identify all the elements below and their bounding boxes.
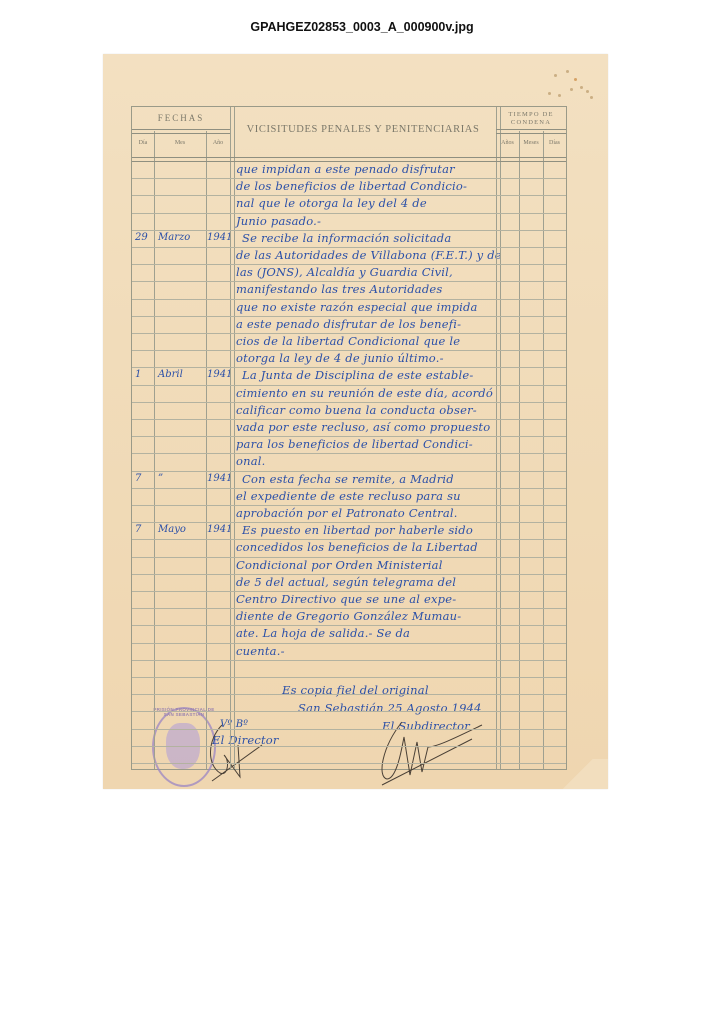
column-rule	[230, 107, 235, 769]
document-sheet: FECHAS Día Mes Año VICISITUDES PENALES Y…	[103, 54, 608, 789]
entry-text-line: Es puesto en libertad por haberle sido	[242, 523, 473, 537]
entry-text-line: las (JONS), Alcaldía y Guardia Civil,	[236, 265, 453, 279]
entry-text-line: onal.	[236, 454, 266, 468]
col-dias-header: Días	[543, 140, 566, 146]
entry-text-line: de 5 del actual, según telegrama del	[236, 575, 456, 589]
entry-month: Abril	[158, 369, 183, 380]
entry-text-line: concedidos los beneficios de la Libertad	[236, 540, 478, 554]
entry-text-line: aprobación por el Patronato Central.	[236, 506, 458, 520]
director-signature-icon	[202, 715, 292, 785]
row-rule	[132, 677, 566, 678]
fechas-header-rule	[132, 129, 230, 134]
entry-year: 1941	[207, 232, 232, 243]
tiempo-condena-header: TIEMPO DE CONDENA	[496, 111, 566, 127]
entry-text-line: que impidan a este penado disfrutar	[236, 162, 455, 176]
file-title: GPAHGEZ02853_0003_A_000900v.jpg	[0, 20, 724, 34]
entry-text-line: ate. La hoja de salida.- Se da	[236, 626, 410, 640]
row-rule	[132, 213, 566, 214]
entry-text-line: manifestando las tres Autoridades	[236, 282, 443, 296]
entry-text-line: para los beneficios de libertad Condici-	[236, 437, 473, 451]
entry-text-line: La Junta de Disciplina de este estable-	[242, 368, 473, 382]
row-rule	[132, 264, 566, 265]
row-rule	[132, 729, 566, 730]
column-rule	[519, 131, 520, 769]
row-rule	[132, 281, 566, 282]
row-rule	[132, 694, 566, 695]
entry-text-line: cimiento en su reunión de este día, acor…	[236, 386, 493, 400]
row-rule	[132, 230, 566, 231]
entry-text-line: Junio pasado.-	[236, 214, 321, 228]
row-rule	[132, 419, 566, 420]
entry-text-line: el expediente de este recluso para su	[236, 489, 461, 503]
row-rule	[132, 746, 566, 747]
row-rule	[132, 608, 566, 609]
row-rule	[132, 367, 566, 368]
entry-month: Mayo	[158, 524, 186, 535]
entry-text-line: cuenta.-	[236, 644, 285, 658]
vicisitudes-header: VICISITUDES PENALES Y PENITENCIARIAS	[232, 124, 494, 135]
entry-year: 1941	[207, 369, 232, 380]
column-rule	[496, 107, 501, 769]
entry-day: 1	[135, 369, 141, 380]
row-rule	[132, 539, 566, 540]
row-rule	[132, 453, 566, 454]
row-rule	[132, 522, 566, 523]
entry-day: 29	[135, 232, 148, 243]
row-rule	[132, 316, 566, 317]
entry-year: 1941	[207, 524, 232, 535]
entry-text-line: vada por este recluso, así como propuest…	[236, 420, 490, 434]
column-rule	[543, 131, 544, 769]
row-rule	[132, 643, 566, 644]
row-rule	[132, 763, 566, 764]
entry-text-line: diente de Gregorio González Mumau-	[236, 609, 461, 623]
row-rule	[132, 505, 566, 506]
entry-day: 7	[135, 524, 141, 535]
col-meses-header: Meses	[519, 140, 543, 146]
col-dia-header: Día	[132, 140, 154, 146]
entry-text-line: de los beneficios de libertad Condicio-	[236, 179, 467, 193]
col-ano-header: Año	[206, 140, 230, 146]
row-rule	[132, 436, 566, 437]
entry-text-line: de las Autoridades de Villabona (F.E.T.)…	[236, 248, 502, 262]
row-rule	[132, 660, 566, 661]
row-rule	[132, 333, 566, 334]
column-rule	[154, 131, 155, 769]
entry-day: 7	[135, 473, 141, 484]
entry-text-line: a este penado disfrutar de los benefi-	[236, 317, 461, 331]
entry-month: ”	[158, 473, 163, 484]
entry-text-line: Condicional por Orden Ministerial	[236, 558, 443, 572]
row-rule	[132, 625, 566, 626]
row-rule	[132, 299, 566, 300]
entry-text-line: Con esta fecha se remite, a Madrid	[242, 472, 454, 486]
register-form-grid: FECHAS Día Mes Año VICISITUDES PENALES Y…	[131, 106, 567, 770]
row-rule	[132, 711, 566, 712]
row-rule	[132, 178, 566, 179]
row-rule	[132, 195, 566, 196]
entry-text-line: cios de la libertad Condicional que le	[236, 334, 460, 348]
col-mes-header: Mes	[154, 140, 206, 146]
entry-text-line: Centro Directivo que se une al expe-	[236, 592, 456, 606]
entry-text-line: Se recibe la información solicitada	[242, 231, 451, 245]
row-rule	[132, 385, 566, 386]
subdirector-signature-icon	[362, 717, 492, 787]
entry-text-line: calificar como buena la conducta obser-	[236, 403, 477, 417]
fechas-header: FECHAS	[132, 113, 230, 123]
column-rule	[206, 131, 207, 769]
certification-line2: San Sebastián 25 Agosto 1944	[298, 701, 482, 715]
entry-year: 1941	[207, 473, 232, 484]
header-bottom-rule	[132, 157, 566, 162]
row-rule	[132, 402, 566, 403]
entry-text-line: que no existe razón especial que impida	[236, 300, 478, 314]
row-rule	[132, 471, 566, 472]
row-rule	[132, 488, 566, 489]
row-rule	[132, 557, 566, 558]
row-rule	[132, 350, 566, 351]
row-rule	[132, 591, 566, 592]
entry-text-line: otorga la ley de 4 de junio último.-	[236, 351, 444, 365]
fechas-header-rule	[496, 129, 566, 134]
entry-text-line: nal que le otorga la ley del 4 de	[236, 196, 427, 210]
row-rule	[132, 574, 566, 575]
paper-damage-specks	[546, 68, 596, 108]
entry-month: Marzo	[158, 232, 190, 243]
row-rule	[132, 247, 566, 248]
